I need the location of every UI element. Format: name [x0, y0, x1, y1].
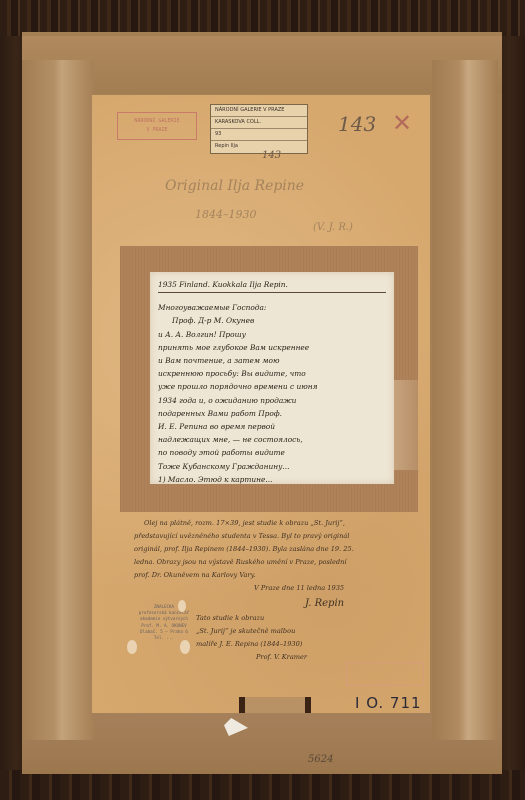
czech-authentication-note: Olej na plátně, rozm. 17×39, jest studie…: [134, 517, 414, 595]
pencil-inscription: Original Ilja Repine: [165, 178, 304, 194]
letter-line: и Вам почтение, а затем мою: [158, 354, 386, 367]
note-line: V Praze dne 11 ledna 1935: [134, 582, 414, 595]
note-line: představující uvězněného studenta v Tess…: [134, 530, 414, 543]
museum-label-header: NÁRODNÍ GALERIE V PRAZE: [211, 105, 307, 117]
note-line: Prof. V. Kramer: [196, 651, 366, 664]
note-line: prof. Dr. Okuněvem na Karlovy Vary.: [134, 569, 414, 582]
stain-spot: [178, 600, 186, 612]
frame-bottom-rail: [0, 770, 525, 800]
museum-label: NÁRODNÍ GALERIE V PRAZE KARASKOVA COLL. …: [210, 104, 308, 154]
letter-line: искреннюю просьбу: Вы видите, что: [158, 367, 386, 380]
stamp-line: NÁRODNÍ GALERIE: [118, 117, 196, 126]
red-cross-mark: ✕: [392, 108, 422, 138]
stamp-line: V PRAZE: [118, 126, 196, 135]
letter-line: принять мое глубокое Вам искреннее: [158, 341, 386, 354]
note-line: Tato studie k obrazu: [196, 612, 366, 625]
frame-top-rail: [0, 0, 525, 36]
note-line: „St. Jurij“ je skutečně malbou: [196, 625, 366, 638]
letter-line: надлежащих мне, — не состоялось,: [158, 433, 386, 446]
torn-tape-patch: [394, 380, 418, 470]
bottom-pencil-number: 5624: [308, 754, 333, 765]
stamp-line: Tel. ...: [128, 635, 200, 641]
tape-strip-bottom: [22, 712, 502, 774]
letter-line: по поводу этой работы видите: [158, 446, 386, 459]
museum-label-number: 93: [211, 129, 307, 141]
pencil-number-small: 143: [262, 150, 281, 161]
expert-stamp: ZNALECKA profesorská kancelář akademie v…: [128, 604, 200, 641]
faded-red-stamp: [346, 662, 424, 686]
museum-label-author: KARASKOVA COLL.: [211, 117, 307, 129]
letter-header: 1935 Finland. Kuokkala Ilja Repin.: [158, 278, 386, 293]
expert-note: Tato studie k obrazu „St. Jurij“ je skut…: [196, 612, 366, 664]
red-collection-stamp: NÁRODNÍ GALERIE V PRAZE: [117, 112, 197, 140]
tape-strip-right: [432, 60, 498, 740]
letter-line: Тоже Кубанскому Гражданину...: [158, 460, 386, 473]
tape-strip-left: [22, 60, 94, 740]
signature: J. Repin: [305, 598, 344, 609]
pencil-number: 143: [338, 112, 376, 136]
pencil-inscription-dates: 1844–1930: [195, 208, 257, 221]
letter-line: Проф. Д-р М. Окунев: [158, 314, 386, 327]
note-line: malíře J. E. Repina (1844–1930): [196, 638, 366, 651]
note-line: ledna. Obrazy jsou na výstavě Ruského um…: [134, 556, 414, 569]
inventory-number: I O. 711: [355, 694, 422, 712]
handwritten-letter: 1935 Finland. Kuokkala Ilja Repin. Много…: [150, 272, 394, 484]
letter-line: подаренных Вами работ Проф.: [158, 407, 386, 420]
note-line: Olej na plátně, rozm. 17×39, jest studie…: [134, 517, 414, 530]
board-notch: [239, 697, 311, 713]
letter-line: И. Е. Репина во время первой: [158, 420, 386, 433]
tape-strip-top: [22, 36, 502, 94]
letter-line: и А. А. Волгин! Прошу: [158, 328, 386, 341]
pencil-inscription-initials: (V. J. R.): [313, 222, 353, 233]
note-line: originál, prof. Ilja Repinem (1844–1930)…: [134, 543, 414, 556]
museum-label-title: Repin Ilja: [211, 141, 307, 152]
stain-spot: [127, 640, 137, 654]
letter-line: 1) Масло. Этюд к картине...: [158, 473, 386, 484]
letter-line: Многоуважаемые Господа:: [158, 301, 386, 314]
letter-line: уже прошло порядочно времени с июня: [158, 380, 386, 393]
stain-spot: [180, 640, 190, 654]
letter-line: 1934 года и, о ожиданию продажи: [158, 394, 386, 407]
